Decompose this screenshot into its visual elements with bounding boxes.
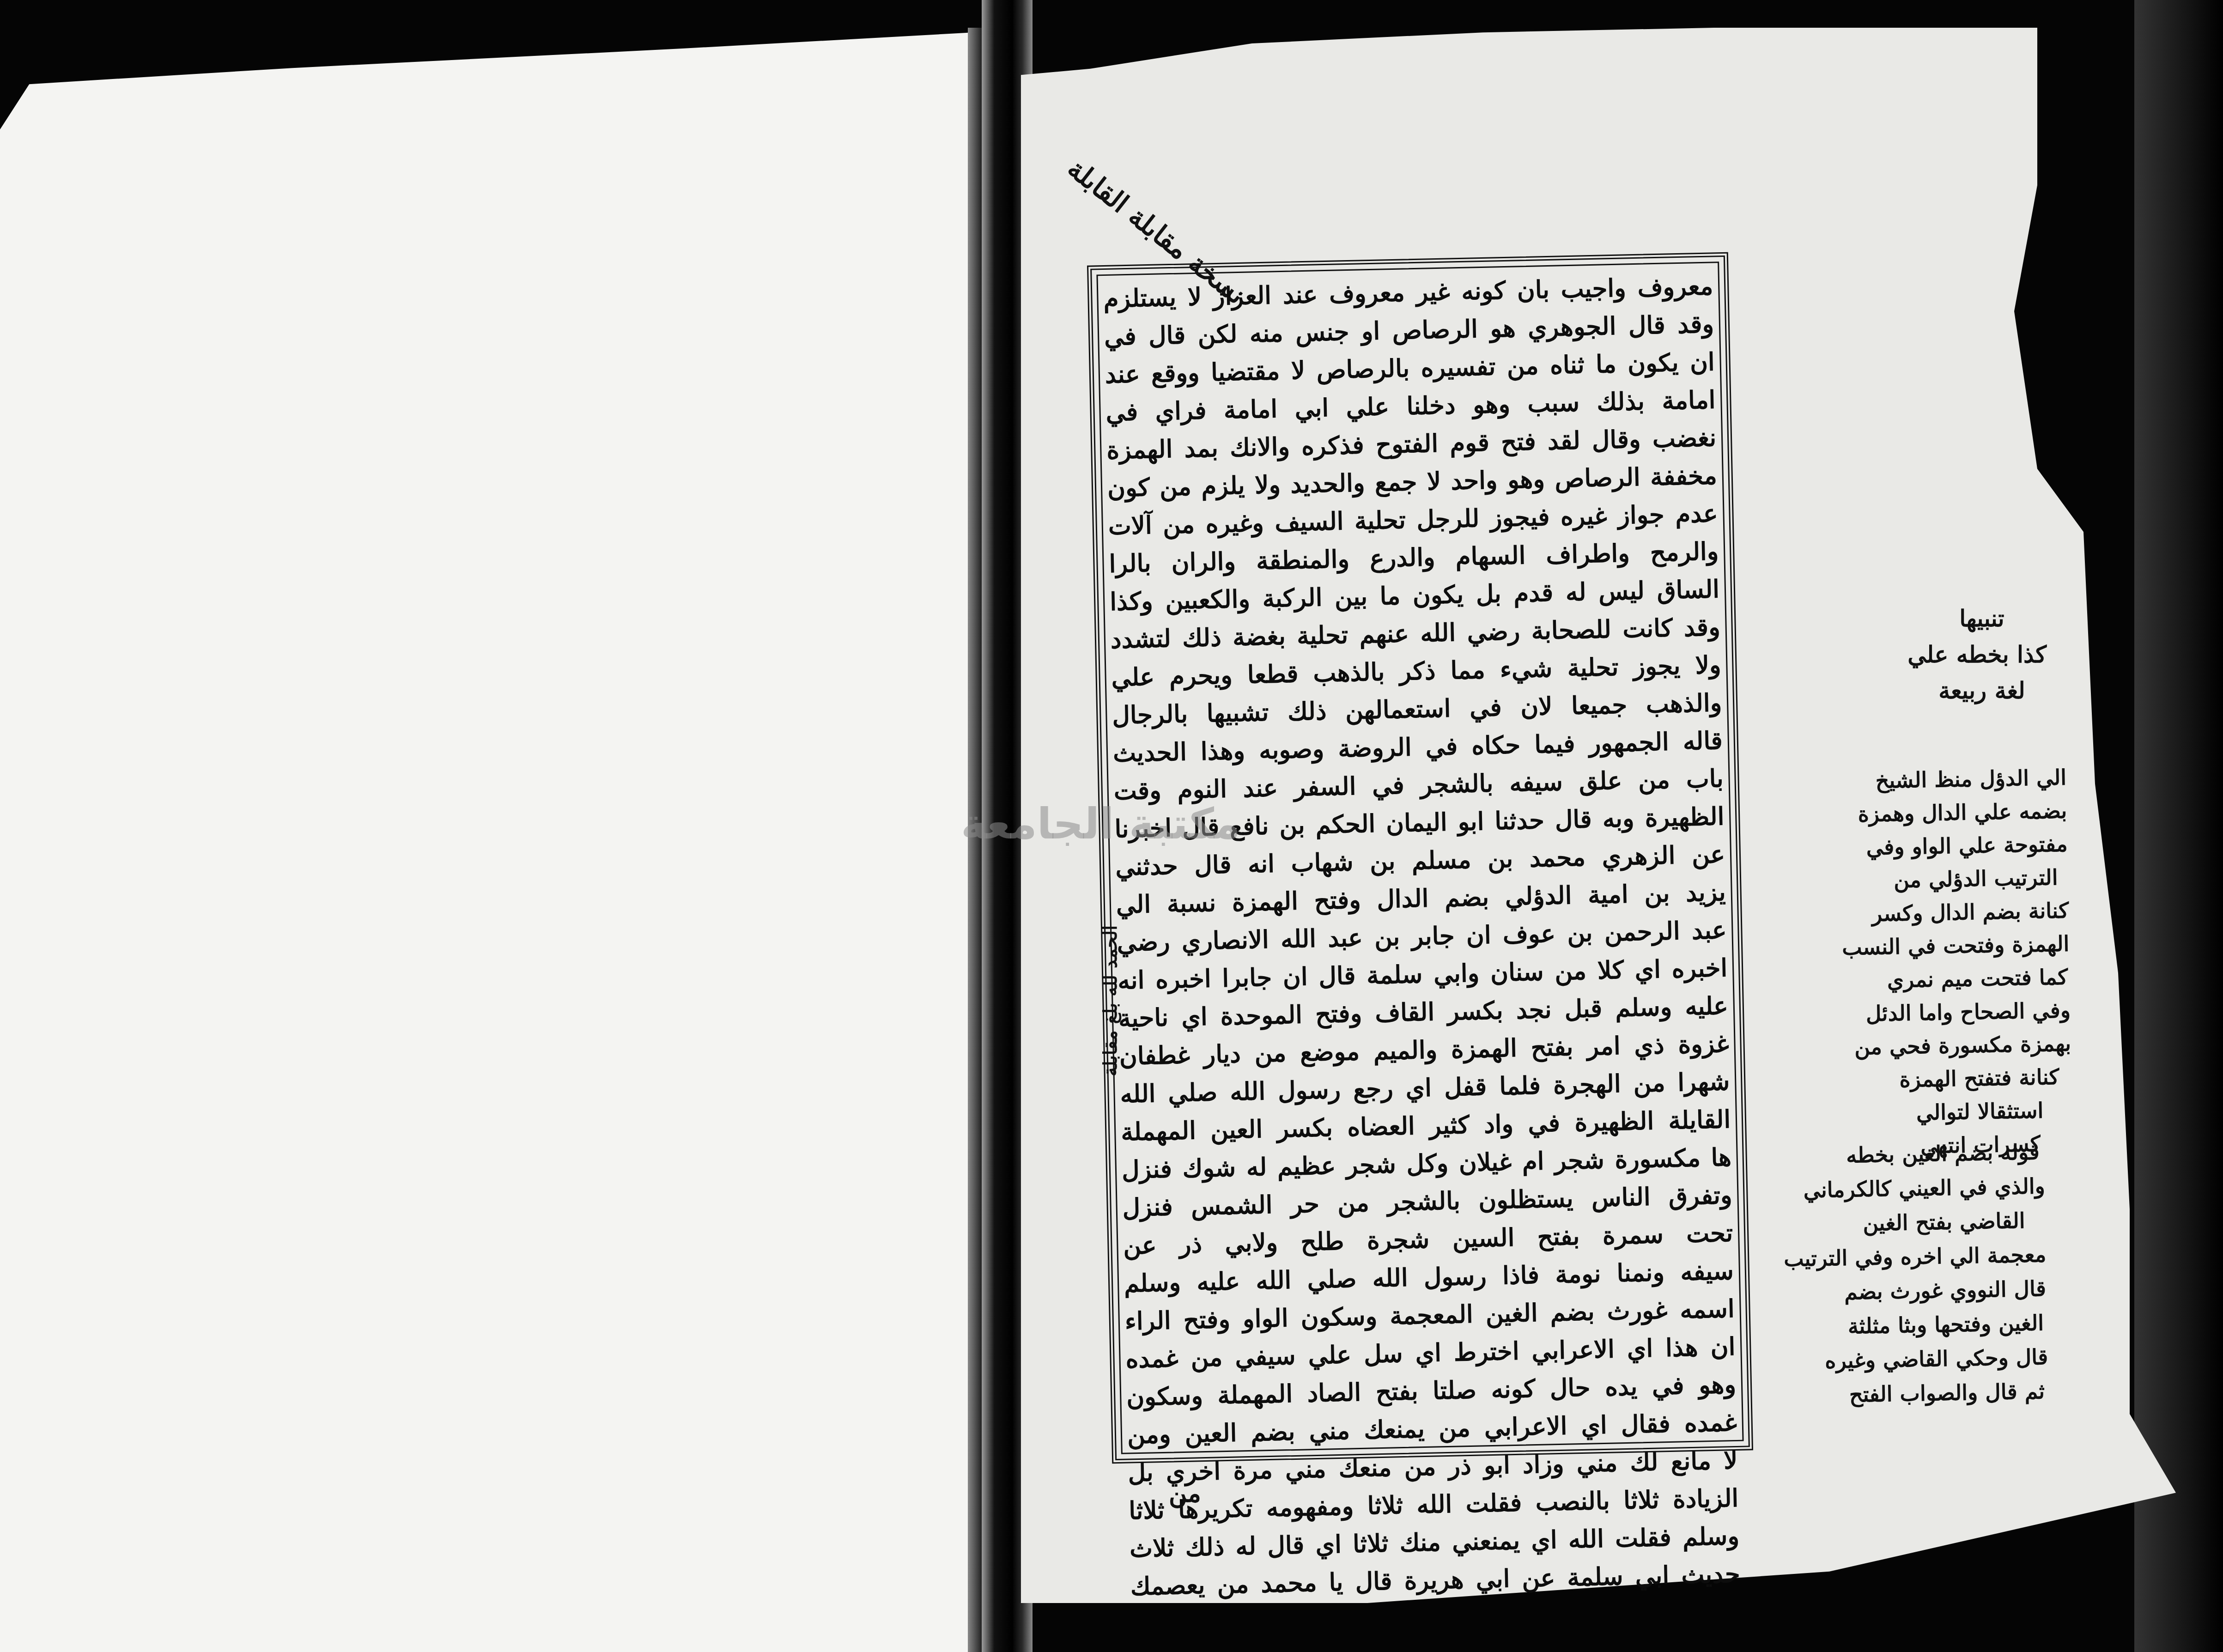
margin-note-line: قال النووي غورث بضم [1843,1271,2047,1309]
main-text-block: معروف واجيب بان كونه غير معروف عند العزا… [1103,267,1741,1605]
main-text-frame: معروف واجيب بان كونه غير معروف عند العزا… [1087,252,1753,1464]
margin-note-line: ثم قال والصواب الفتح [1845,1374,2049,1412]
margin-note-line: لغة ربيعة [1917,673,2047,709]
left-page-blank [0,32,975,1652]
margin-note-line: القاضي بفتح الغين [1842,1203,2046,1241]
margin-note-line: كنانة فتفتح الهمزة [1887,1060,2072,1096]
margin-note-line: بهمزة مكسورة فحي من [1886,1026,2071,1063]
margin-note-line: الهمزة وفتحت في النسب [1884,927,2070,964]
margin-note-line: والذي في العيني كالكرماني [1841,1169,2045,1207]
margin-note-line: بضمه علي الدال وهمزة [1882,794,2067,831]
margin-gloss-ghawrath: قوله بضم الغين بخطه والذي في العيني كالك… [1841,1135,2049,1412]
margin-note-line: الغين وفتحها وبثا مثلثة [1844,1306,2047,1343]
right-background-shadow [2134,0,2223,1652]
margin-note-line: كنانة بضم الدال وكسر [1884,894,2069,930]
margin-note-line: قوله بضم الغين بخطه [1841,1135,2045,1172]
margin-note-line: استثقالا لتوالي [1887,1093,2072,1130]
margin-note-line: كذا بخطه علي [1917,637,2047,673]
margin-note-tanbih: تنبيها كذا بخطه علي لغة ربيعة [1917,601,2047,709]
margin-note-line: الترتيب الدؤلي من [1883,861,2068,897]
margin-note-line: تنبيها [1917,601,2047,637]
margin-note-line: الي الدؤل منظ الشيخ [1881,761,2066,797]
margin-gloss-dual: الي الدؤل منظ الشيخ بضمه علي الدال وهمزة… [1881,761,2073,1163]
watermark: مكتبة الجامعة [961,799,1240,849]
margin-note-line: كما فتحت ميم نمري [1885,960,2070,997]
margin-note-line: قال وحكي القاضي وغيره [1845,1340,2048,1378]
catchword: من [1169,1478,1201,1508]
gutter-collation-note: الحمد لله بلغ مقابلة [1099,925,1121,1076]
margin-note-line: معجمة الي اخره وفي الترتيب [1843,1237,2047,1275]
margin-note-line: مفتوحة علي الواو وفي [1883,827,2068,864]
margin-note-line: وفي الصحاح واما الدئل [1885,993,2071,1030]
